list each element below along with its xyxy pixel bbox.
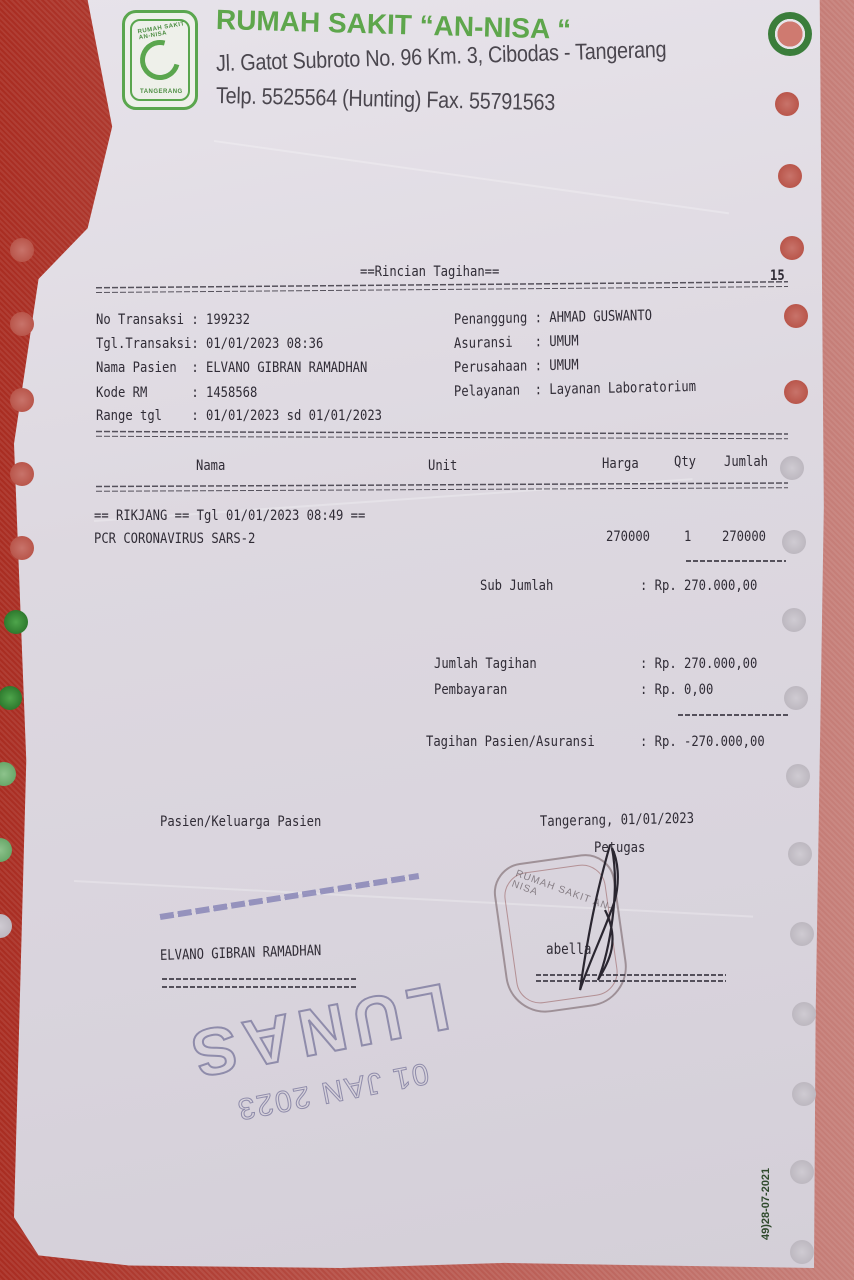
- logo-bottom-text: TANGERANG: [140, 89, 183, 95]
- jumlah-tagihan-label: Jumlah Tagihan: [434, 656, 537, 672]
- row-jumlah: 270000: [722, 529, 766, 545]
- pembayaran-label: Pembayaran: [434, 682, 507, 698]
- row-nama: PCR CORONAVIRUS SARS-2: [94, 531, 255, 547]
- group-header: == RIKJANG == Tgl 01/01/2023 08:49 ==: [94, 508, 365, 524]
- col-jumlah: Jumlah: [724, 454, 768, 470]
- hospital-logo: RUMAH SAKIT AN-NISA TANGERANG: [122, 10, 198, 110]
- sub-jumlah-label: Sub Jumlah: [480, 578, 553, 594]
- field-asuransi: Asuransi : UMUM: [454, 333, 579, 352]
- col-nama: Nama: [196, 458, 225, 474]
- field-perusahaan: Perusahaan : UMUM: [454, 357, 579, 376]
- tagihan-pasien-label: Tagihan Pasien/Asuransi: [426, 734, 595, 750]
- col-qty: Qty: [674, 454, 696, 470]
- pembayaran-value: : Rp. 0,00: [640, 682, 713, 698]
- row-harga: 270000: [606, 529, 650, 545]
- jumlah-tagihan-value: : Rp. 270.000,00: [640, 656, 757, 672]
- field-nama-pasien: Nama Pasien : ELVANO GIBRAN RAMADHAN: [96, 360, 367, 376]
- place-date: Tangerang, 01/01/2023: [540, 811, 694, 830]
- field-range-tgl: Range tgl : 01/01/2023 sd 01/01/2023: [96, 408, 382, 424]
- logo-ring-text: RUMAH SAKIT AN-NISA: [137, 21, 188, 42]
- tagihan-pasien-value: : Rp. -270.000,00: [640, 734, 765, 750]
- patient-signature-label: Pasien/Keluarga Pasien: [160, 814, 321, 830]
- row-qty: 1: [684, 529, 691, 545]
- officer-signature-scribble: [560, 840, 640, 1000]
- field-kode-rm: Kode RM : 1458568: [96, 385, 257, 401]
- subtotal-divider: [686, 560, 786, 562]
- col-harga: Harga: [602, 456, 639, 472]
- receipt-title: ==Rincian Tagihan==: [360, 264, 499, 280]
- sub-jumlah-value: : Rp. 270.000,00: [640, 578, 757, 594]
- total-divider: [678, 714, 788, 716]
- field-tgl-transaksi: Tgl.Transaksi: 01/01/2023 08:36: [96, 336, 323, 352]
- paper-code: 49)28-07-2021: [760, 1168, 772, 1240]
- col-unit: Unit: [428, 458, 457, 474]
- field-no-transaksi: No Transaksi : 199232: [96, 312, 250, 328]
